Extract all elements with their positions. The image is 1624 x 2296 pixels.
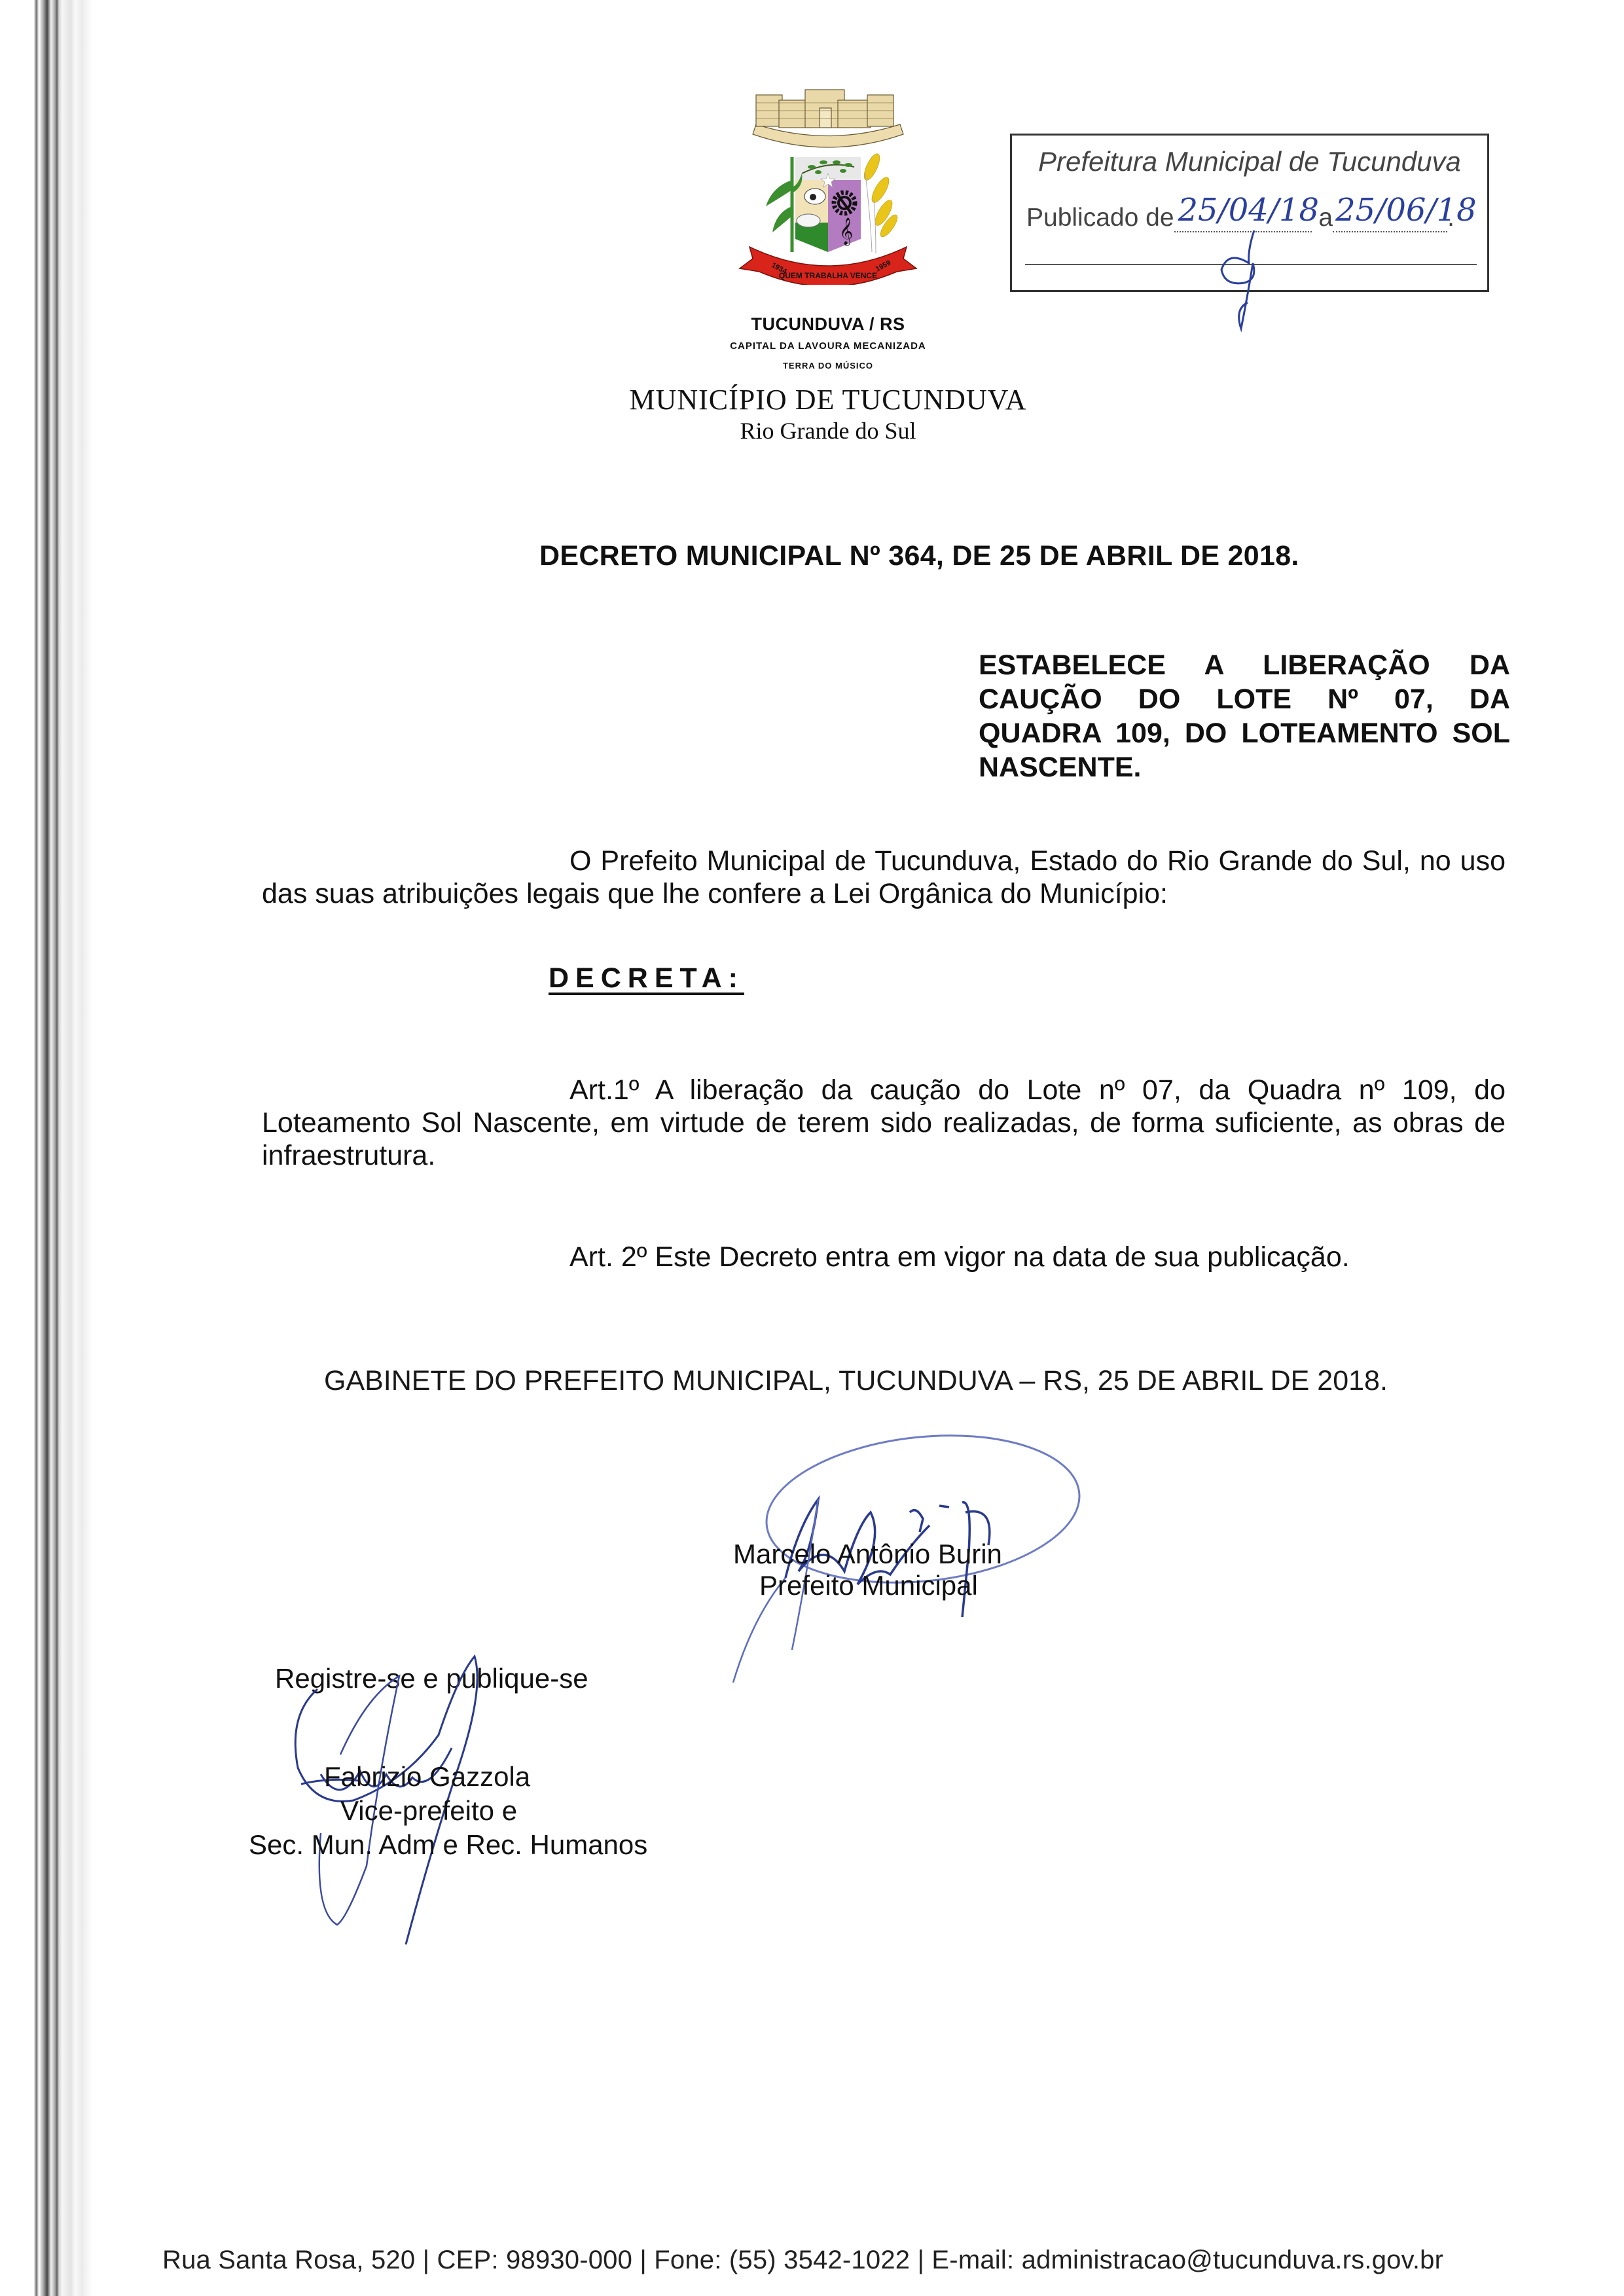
published-from-field: 25/04/18: [1174, 206, 1312, 232]
mayor-role: Prefeito Municipal: [759, 1570, 978, 1601]
stamp-divider: [1025, 264, 1477, 265]
tagline-1: CAPITAL DA LAVOURA MECANIZADA: [694, 340, 962, 352]
vice-mayor-name: Fabrizio Gazzola: [324, 1761, 530, 1793]
state-name: Rio Grande do Sul: [524, 417, 1132, 445]
coat-of-arms-icon: 𝄞 QUEM TRABALHA VENCE 1934 1959: [720, 75, 936, 285]
vice-mayor-role-line-1: Vice-prefeito e: [340, 1795, 517, 1827]
summary-line: CAUÇÃO DO LOTE Nº 07, DA: [979, 682, 1510, 716]
svg-text:𝄞: 𝄞: [839, 217, 853, 246]
mayor-name: Marcelo Antônio Burin: [733, 1539, 1002, 1570]
article-1: Art.1º A liberação da caução do Lote nº …: [262, 1074, 1506, 1172]
stamp-title: Prefeitura Municipal de Tucunduva: [1038, 146, 1461, 177]
stamp-publication-line: Publicado de25/04/18 a25/06/18.: [1026, 204, 1454, 232]
register-and-publish-note: Registre-se e publique-se: [275, 1663, 588, 1694]
summary-line: ESTABELECE A LIBERAÇÃO DA: [979, 648, 1510, 682]
summary-line: NASCENTE.: [979, 750, 1510, 784]
summary-line: QUADRA 109, DO LOTEAMENTO SOL: [979, 716, 1510, 750]
decree-summary: ESTABELECE A LIBERAÇÃO DA CAUÇÃO DO LOTE…: [979, 648, 1510, 784]
article-2: Art. 2º Este Decreto entra em vigor na d…: [262, 1241, 1506, 1273]
published-to-value: 25/06/18: [1335, 192, 1477, 228]
closing-line: GABINETE DO PREFEITO MUNICIPAL, TUCUNDUV…: [324, 1365, 1388, 1397]
svg-text:QUEM TRABALHA VENCE: QUEM TRABALHA VENCE: [779, 271, 877, 280]
scanner-edge-artifact: [0, 0, 98, 2296]
city-label: TUCUNDUVA / RS: [720, 314, 936, 335]
to-label: a: [1318, 204, 1333, 232]
publication-stamp: Prefeitura Municipal de Tucunduva Public…: [1010, 134, 1489, 292]
footer-contact: Rua Santa Rosa, 520 | CEP: 98930-000 | F…: [162, 2246, 1443, 2275]
published-to-field: 25/06/18: [1333, 206, 1447, 232]
preamble-paragraph: O Prefeito Municipal de Tucunduva, Estad…: [262, 845, 1506, 910]
published-from-value: 25/04/18: [1178, 192, 1320, 228]
published-from-label: Publicado de: [1026, 204, 1174, 232]
decree-title: DECRETO MUNICIPAL Nº 364, DE 25 DE ABRIL…: [539, 540, 1299, 572]
decreta-heading: DECRETA:: [549, 962, 744, 994]
vice-mayor-role-line-2: Sec. Mun. Adm e Rec. Humanos: [249, 1829, 647, 1861]
stamp-initials-signature-icon: [1208, 224, 1287, 335]
municipality-name: MUNICÍPIO DE TUCUNDUVA: [524, 383, 1132, 416]
tagline-2: TERRA DO MÚSICO: [720, 361, 936, 371]
